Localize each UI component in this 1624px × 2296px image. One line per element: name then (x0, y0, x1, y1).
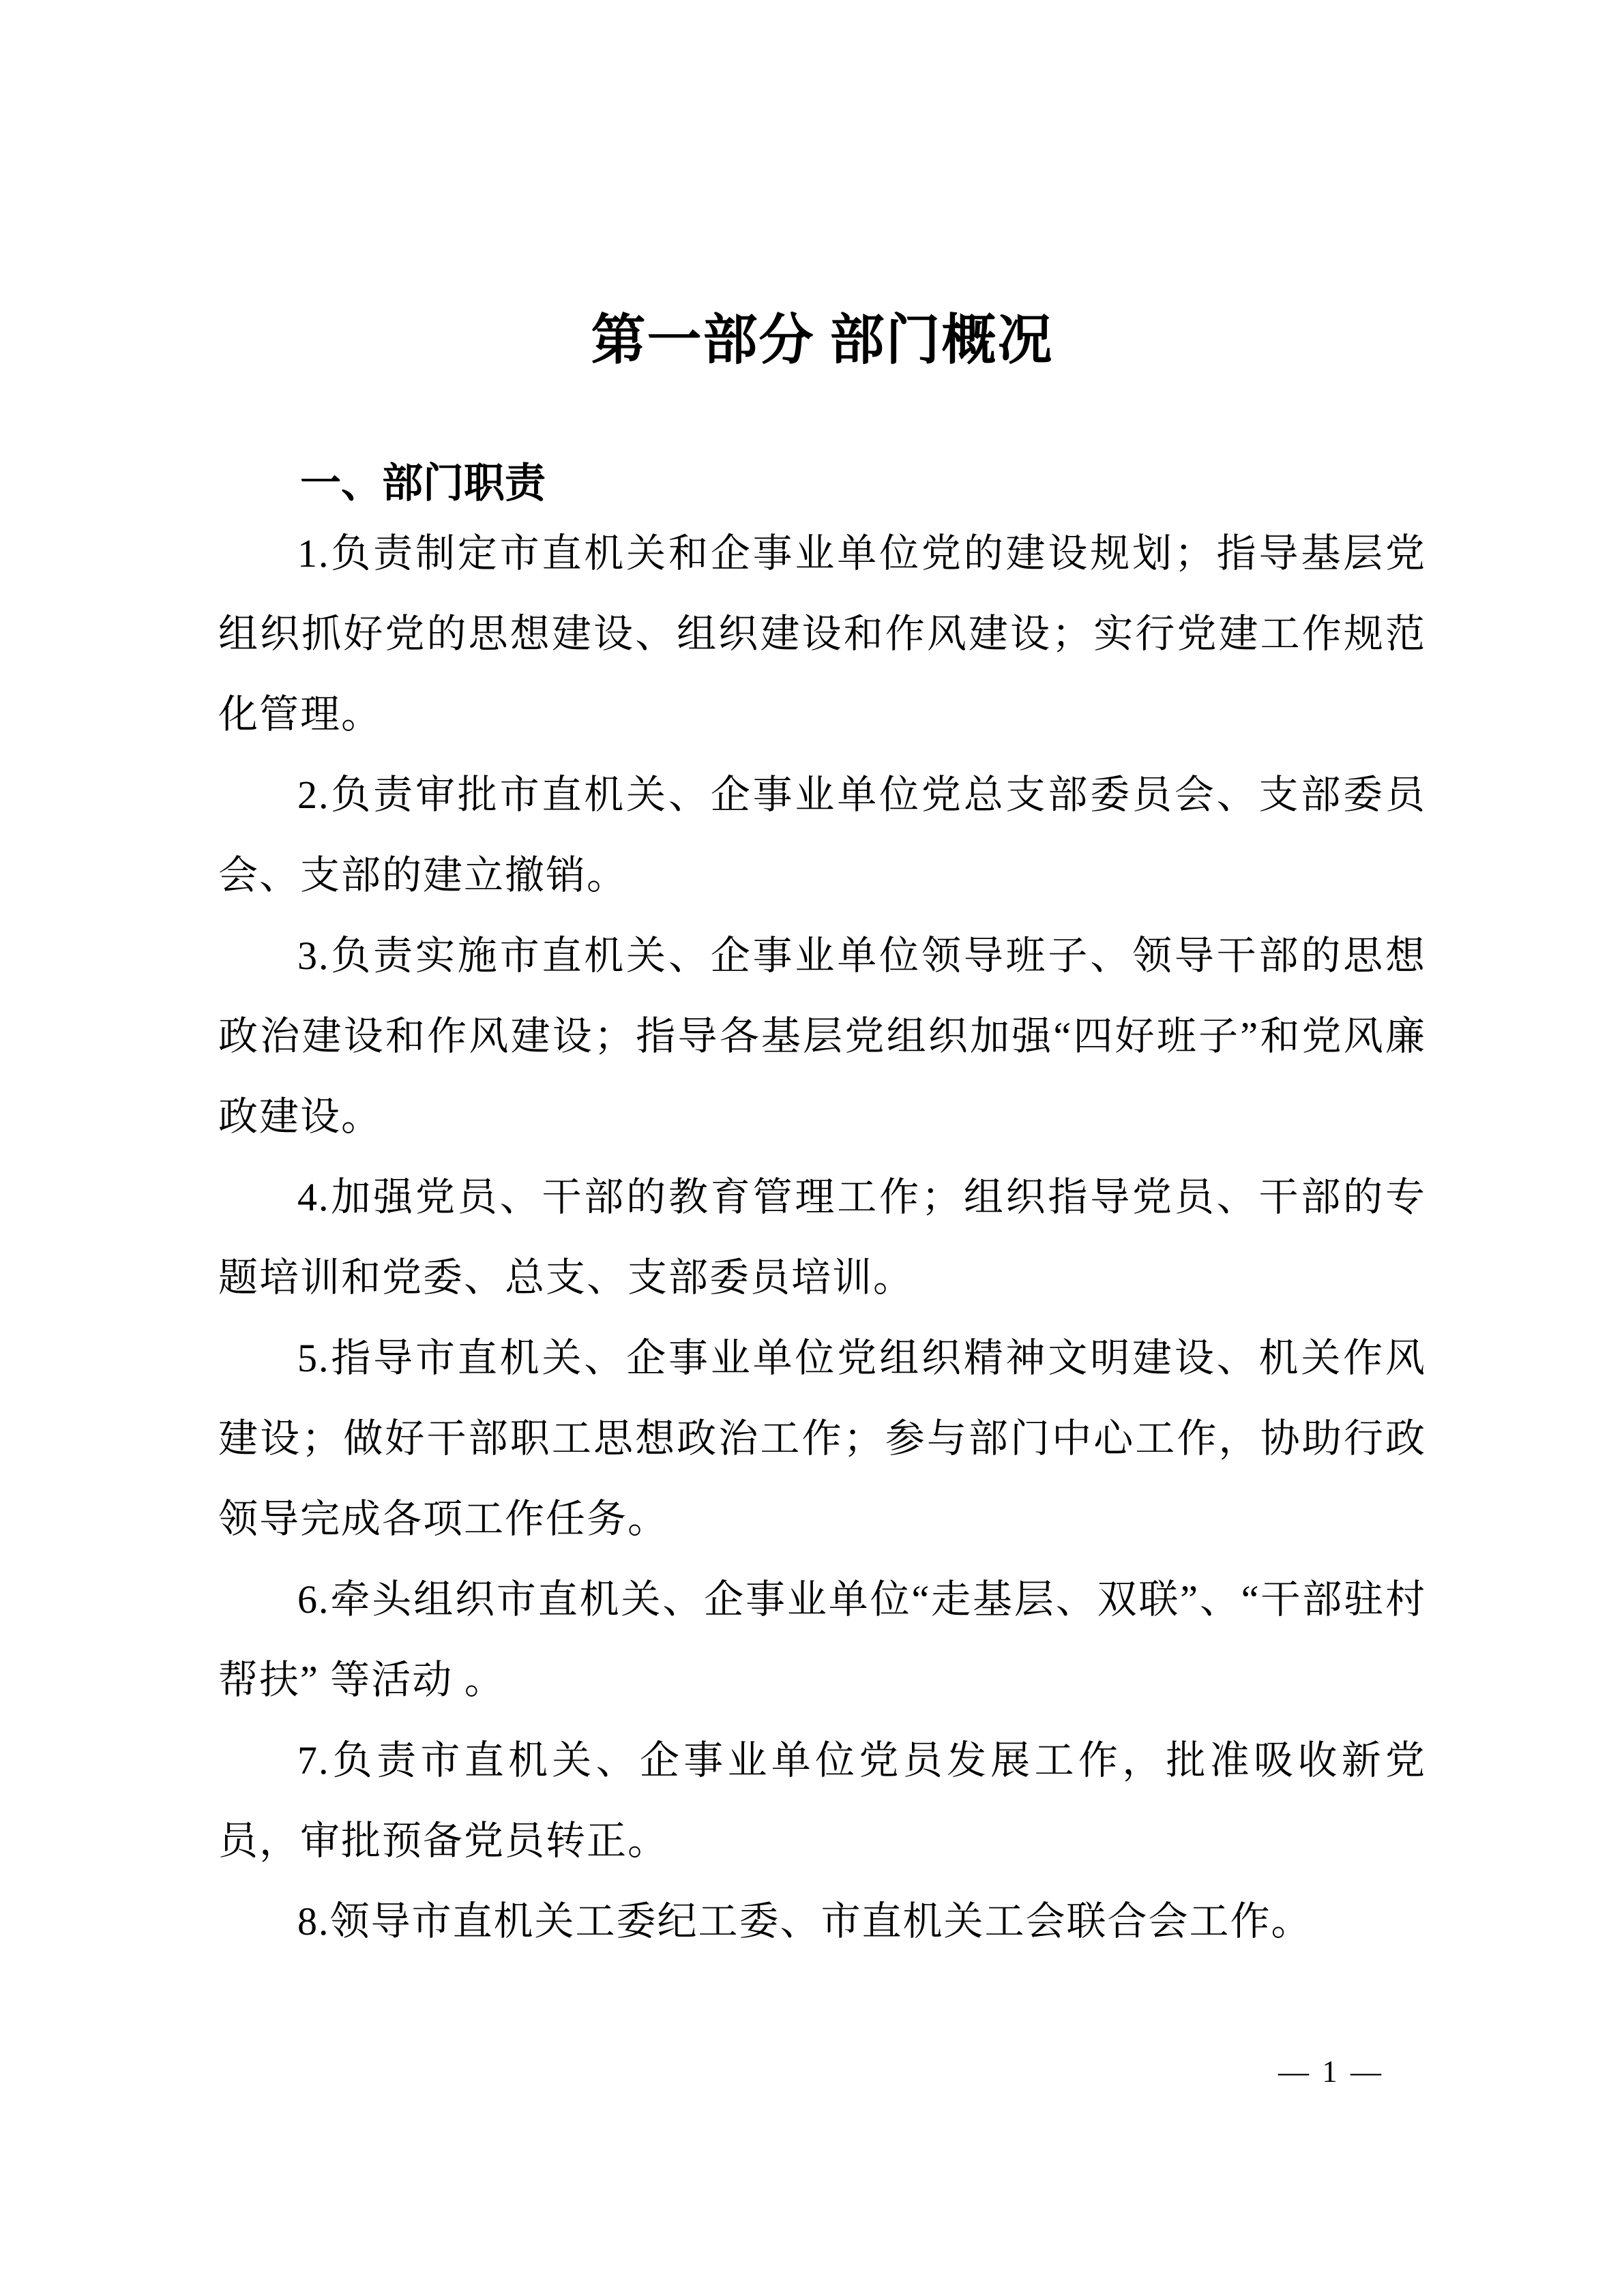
paragraph-5: 5.指导市直机关、企事业单位党组织精神文明建设、机关作风建设；做好干部职工思想政… (218, 1318, 1426, 1560)
paragraph-3: 3.负责实施市直机关、企事业单位领导班子、领导干部的思想政治建设和作风建设；指导… (218, 916, 1426, 1157)
paragraph-6: 6.牵头组织市直机关、企事业单位“走基层、双联”、“干部驻村帮扶” 等活动 。 (218, 1560, 1426, 1720)
document-page: 第一部分 部门概况 一、部门职责 1.负责制定市直机关和企事业单位党的建设规划；… (0, 0, 1624, 2296)
paragraph-2: 2.负责审批市直机关、企事业单位党总支部委员会、支部委员会、支部的建立撤销。 (218, 755, 1426, 916)
paragraph-4: 4.加强党员、干部的教育管理工作；组织指导党员、干部的专题培训和党委、总支、支部… (218, 1157, 1426, 1318)
section-heading: 一、部门职责 (218, 456, 1426, 511)
page-number: — 1 — (1278, 2051, 1384, 2092)
document-title: 第一部分 部门概况 (218, 305, 1426, 377)
paragraph-1: 1.负责制定市直机关和企事业单位党的建设规划；指导基层党组织抓好党的思想建设、组… (218, 513, 1426, 755)
paragraph-8: 8.领导市直机关工委纪工委、市直机关工会联合会工作。 (218, 1881, 1426, 1962)
paragraph-7: 7.负责市直机关、企事业单位党员发展工作，批准吸收新党员，审批预备党员转正。 (218, 1720, 1426, 1881)
document-body: 1.负责制定市直机关和企事业单位党的建设规划；指导基层党组织抓好党的思想建设、组… (218, 511, 1426, 1962)
